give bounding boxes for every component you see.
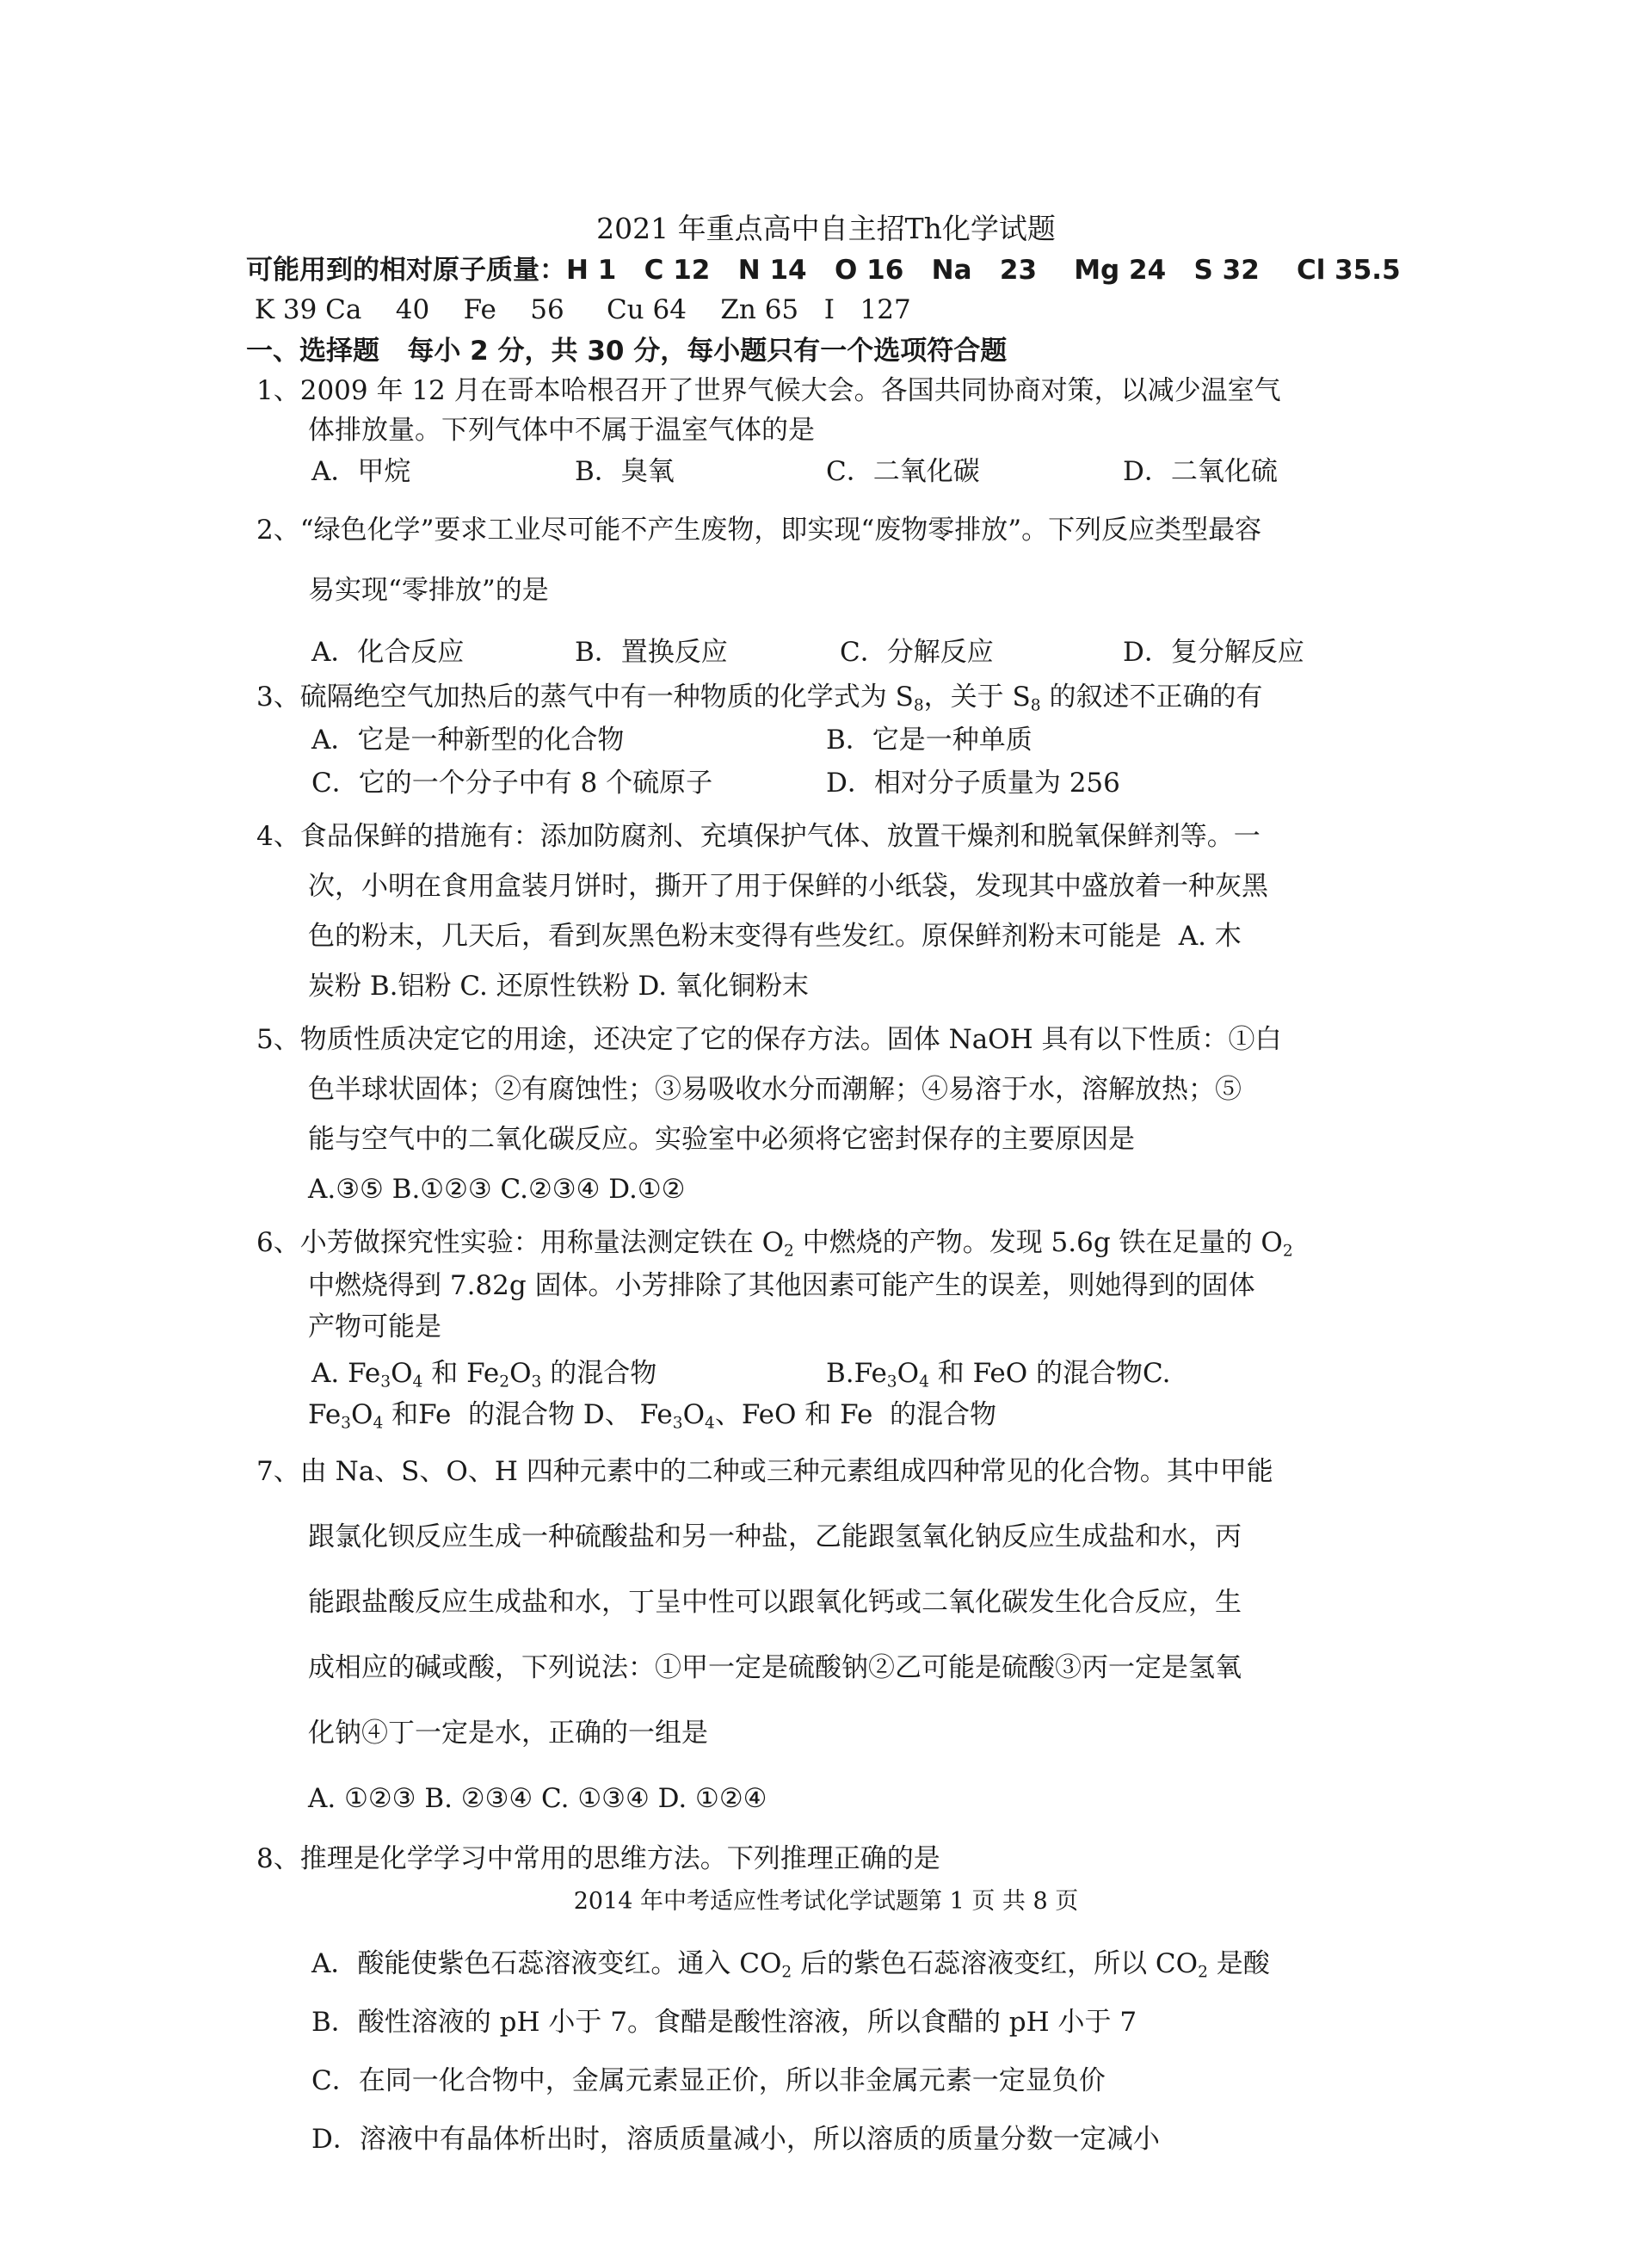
question-7-line-3: 能跟盐酸反应生成盐和水，丁呈中性可以跟氧化钙或二氧化碳发生化合反应，生: [308, 1585, 1242, 1620]
question-7-options[interactable]: A. ①②③ B. ②③④ C. ①③④ D. ①②④: [308, 1781, 767, 1816]
question-4-line-1: 4、食品保鲜的措施有：添加防腐剂、充填保护气体、放置干燥剂和脱氧保鲜剂等。一: [256, 819, 1261, 854]
question-4-line-4[interactable]: 炭粉 B.铝粉 C. 还原性铁粉 D. 氧化铜粉末: [308, 969, 809, 1003]
question-2-option-d[interactable]: D．复分解反应: [1123, 635, 1304, 669]
question-6-option-b[interactable]: B.Fe3O4 和 FeO 的混合物C.: [826, 1356, 1171, 1391]
question-5-options[interactable]: A.③⑤ B.①②③ C.②③④ D.①②: [308, 1172, 685, 1206]
question-6-text-b: 中燃烧的产物。发现 5.6g 铁在足量的 O: [794, 1227, 1283, 1258]
question-6-option-c-d[interactable]: Fe3O4 和Fe 的混合物 D、 Fe3O4、FeO 和 Fe 的混合物: [308, 1398, 996, 1432]
question-6-text-a: 6、小芳做探究性实验：用称量法测定铁在 O: [256, 1227, 784, 1258]
question-3-option-a[interactable]: A．它是一种新型的化合物: [311, 723, 624, 757]
question-3-line-1: 3、硫隔绝空气加热后的蒸气中有一种物质的化学式为 S8，关于 S8 的叙述不正确…: [256, 680, 1262, 714]
question-5-line-2: 色半球状固体；②有腐蚀性；③易吸收水分而潮解；④易溶于水，溶解放热；⑤: [308, 1072, 1242, 1107]
question-1-line-1: 1、2009 年 12 月在哥本哈根召开了世界气候大会。各国共同协商对策，以减少…: [256, 373, 1281, 408]
question-3-text-a: 3、硫隔绝空气加热后的蒸气中有一种物质的化学式为 S: [256, 682, 914, 713]
question-3-option-d[interactable]: D．相对分子质量为 256: [826, 766, 1120, 800]
atomic-masses-line-2: K 39 Ca 40 Fe 56 Cu 64 Zn 65 I 127: [246, 293, 911, 327]
subscript: 2: [784, 1243, 794, 1261]
question-7-line-5: 化钠④丁一定是水，正确的一组是: [308, 1716, 708, 1750]
question-3-option-b[interactable]: B．它是一种单质: [826, 723, 1032, 757]
subscript: 2: [1283, 1243, 1293, 1261]
question-2-line-2: 易实现“零排放”的是: [308, 573, 549, 608]
question-7-line-4: 成相应的碱或酸，下列说法：①甲一定是硫酸钠②乙可能是硫酸③丙一定是氢氧: [308, 1651, 1242, 1685]
question-8-option-c[interactable]: C．在同一化合物中，金属元素显正价，所以非金属元素一定显负价: [311, 2064, 1106, 2098]
exam-title: 2021 年重点高中自主招Th化学试题: [0, 212, 1652, 246]
question-1-option-c[interactable]: C．二氧化碳: [826, 454, 980, 489]
page-footer: 2014 年中考适应性考试化学试题第 1 页 共 8 页: [0, 1885, 1652, 1919]
question-4-line-2: 次，小明在食用盒装月饼时，撕开了用于保鲜的小纸袋，发现其中盛放着一种灰黑: [308, 869, 1268, 904]
question-1-line-2: 体排放量。下列气体中不属于温室气体的是: [308, 413, 815, 447]
question-2-option-b[interactable]: B．置换反应: [575, 635, 728, 669]
question-8-line-1: 8、推理是化学学习中常用的思维方法。下列推理正确的是: [256, 1842, 940, 1876]
question-8-option-a[interactable]: A．酸能使紫色石蕊溶液变红。通入 CO2 后的紫色石蕊溶液变红，所以 CO2 是…: [311, 1947, 1270, 1981]
atomic-masses-line-1: 可能用到的相对原子质量：H 1 C 12 N 14 O 16 Na 23 Mg …: [246, 253, 1401, 287]
question-3-option-c[interactable]: C．它的一个分子中有 8 个硫原子: [311, 766, 712, 800]
question-6-option-a[interactable]: A. Fe3O4 和 Fe2O3 的混合物: [311, 1356, 656, 1391]
question-3-text-b: ，关于 S: [924, 682, 1031, 713]
question-6-line-2: 中燃烧得到 7.82g 固体。小芳排除了其他因素可能产生的误差，则她得到的固体: [308, 1268, 1255, 1303]
question-6-line-1: 6、小芳做探究性实验：用称量法测定铁在 O2 中燃烧的产物。发现 5.6g 铁在…: [256, 1225, 1293, 1260]
question-5-line-1: 5、物质性质决定它的用途，还决定了它的保存方法。固体 NaOH 具有以下性质：①…: [256, 1022, 1281, 1057]
section-heading: 一、选择题 每小 2 分，共 30 分，每小题只有一个选项符合题: [246, 334, 1007, 368]
subscript: 8: [914, 697, 924, 715]
question-8-option-d[interactable]: D．溶液中有晶体析出时，溶质质量减小，所以溶质的质量分数一定减小: [311, 2122, 1160, 2157]
question-8-option-b[interactable]: B．酸性溶液的 pH 小于 7。食醋是酸性溶液，所以食醋的 pH 小于 7: [311, 2005, 1137, 2039]
subscript: 8: [1031, 697, 1041, 715]
question-4-line-3: 色的粉末，几天后，看到灰黑色粉末变得有些发红。原保鲜剂粉末可能是 A. 木: [308, 919, 1242, 953]
question-1-option-d[interactable]: D．二氧化硫: [1123, 454, 1278, 489]
question-2-option-c[interactable]: C．分解反应: [840, 635, 994, 669]
question-1-option-a[interactable]: A．甲烷: [311, 454, 410, 489]
question-1-option-b[interactable]: B．臭氧: [575, 454, 675, 489]
question-2-line-1: 2、“绿色化学”要求工业尽可能不产生废物，即实现“废物零排放”。下列反应类型最容: [256, 513, 1261, 547]
question-5-line-3: 能与空气中的二氧化碳反应。实验室中必须将它密封保存的主要原因是: [308, 1122, 1135, 1157]
question-3-text-c: 的叙述不正确的有: [1041, 682, 1263, 713]
question-7-line-2: 跟氯化钡反应生成一种硫酸盐和另一种盐，乙能跟氢氧化钠反应生成盐和水，丙: [308, 1520, 1242, 1554]
question-2-option-a[interactable]: A．化合反应: [311, 635, 464, 669]
question-6-line-3: 产物可能是: [308, 1310, 441, 1344]
question-7-line-1: 7、由 Na、S、O、H 四种元素中的二种或三种元素组成四种常见的化合物。其中甲…: [256, 1454, 1273, 1489]
